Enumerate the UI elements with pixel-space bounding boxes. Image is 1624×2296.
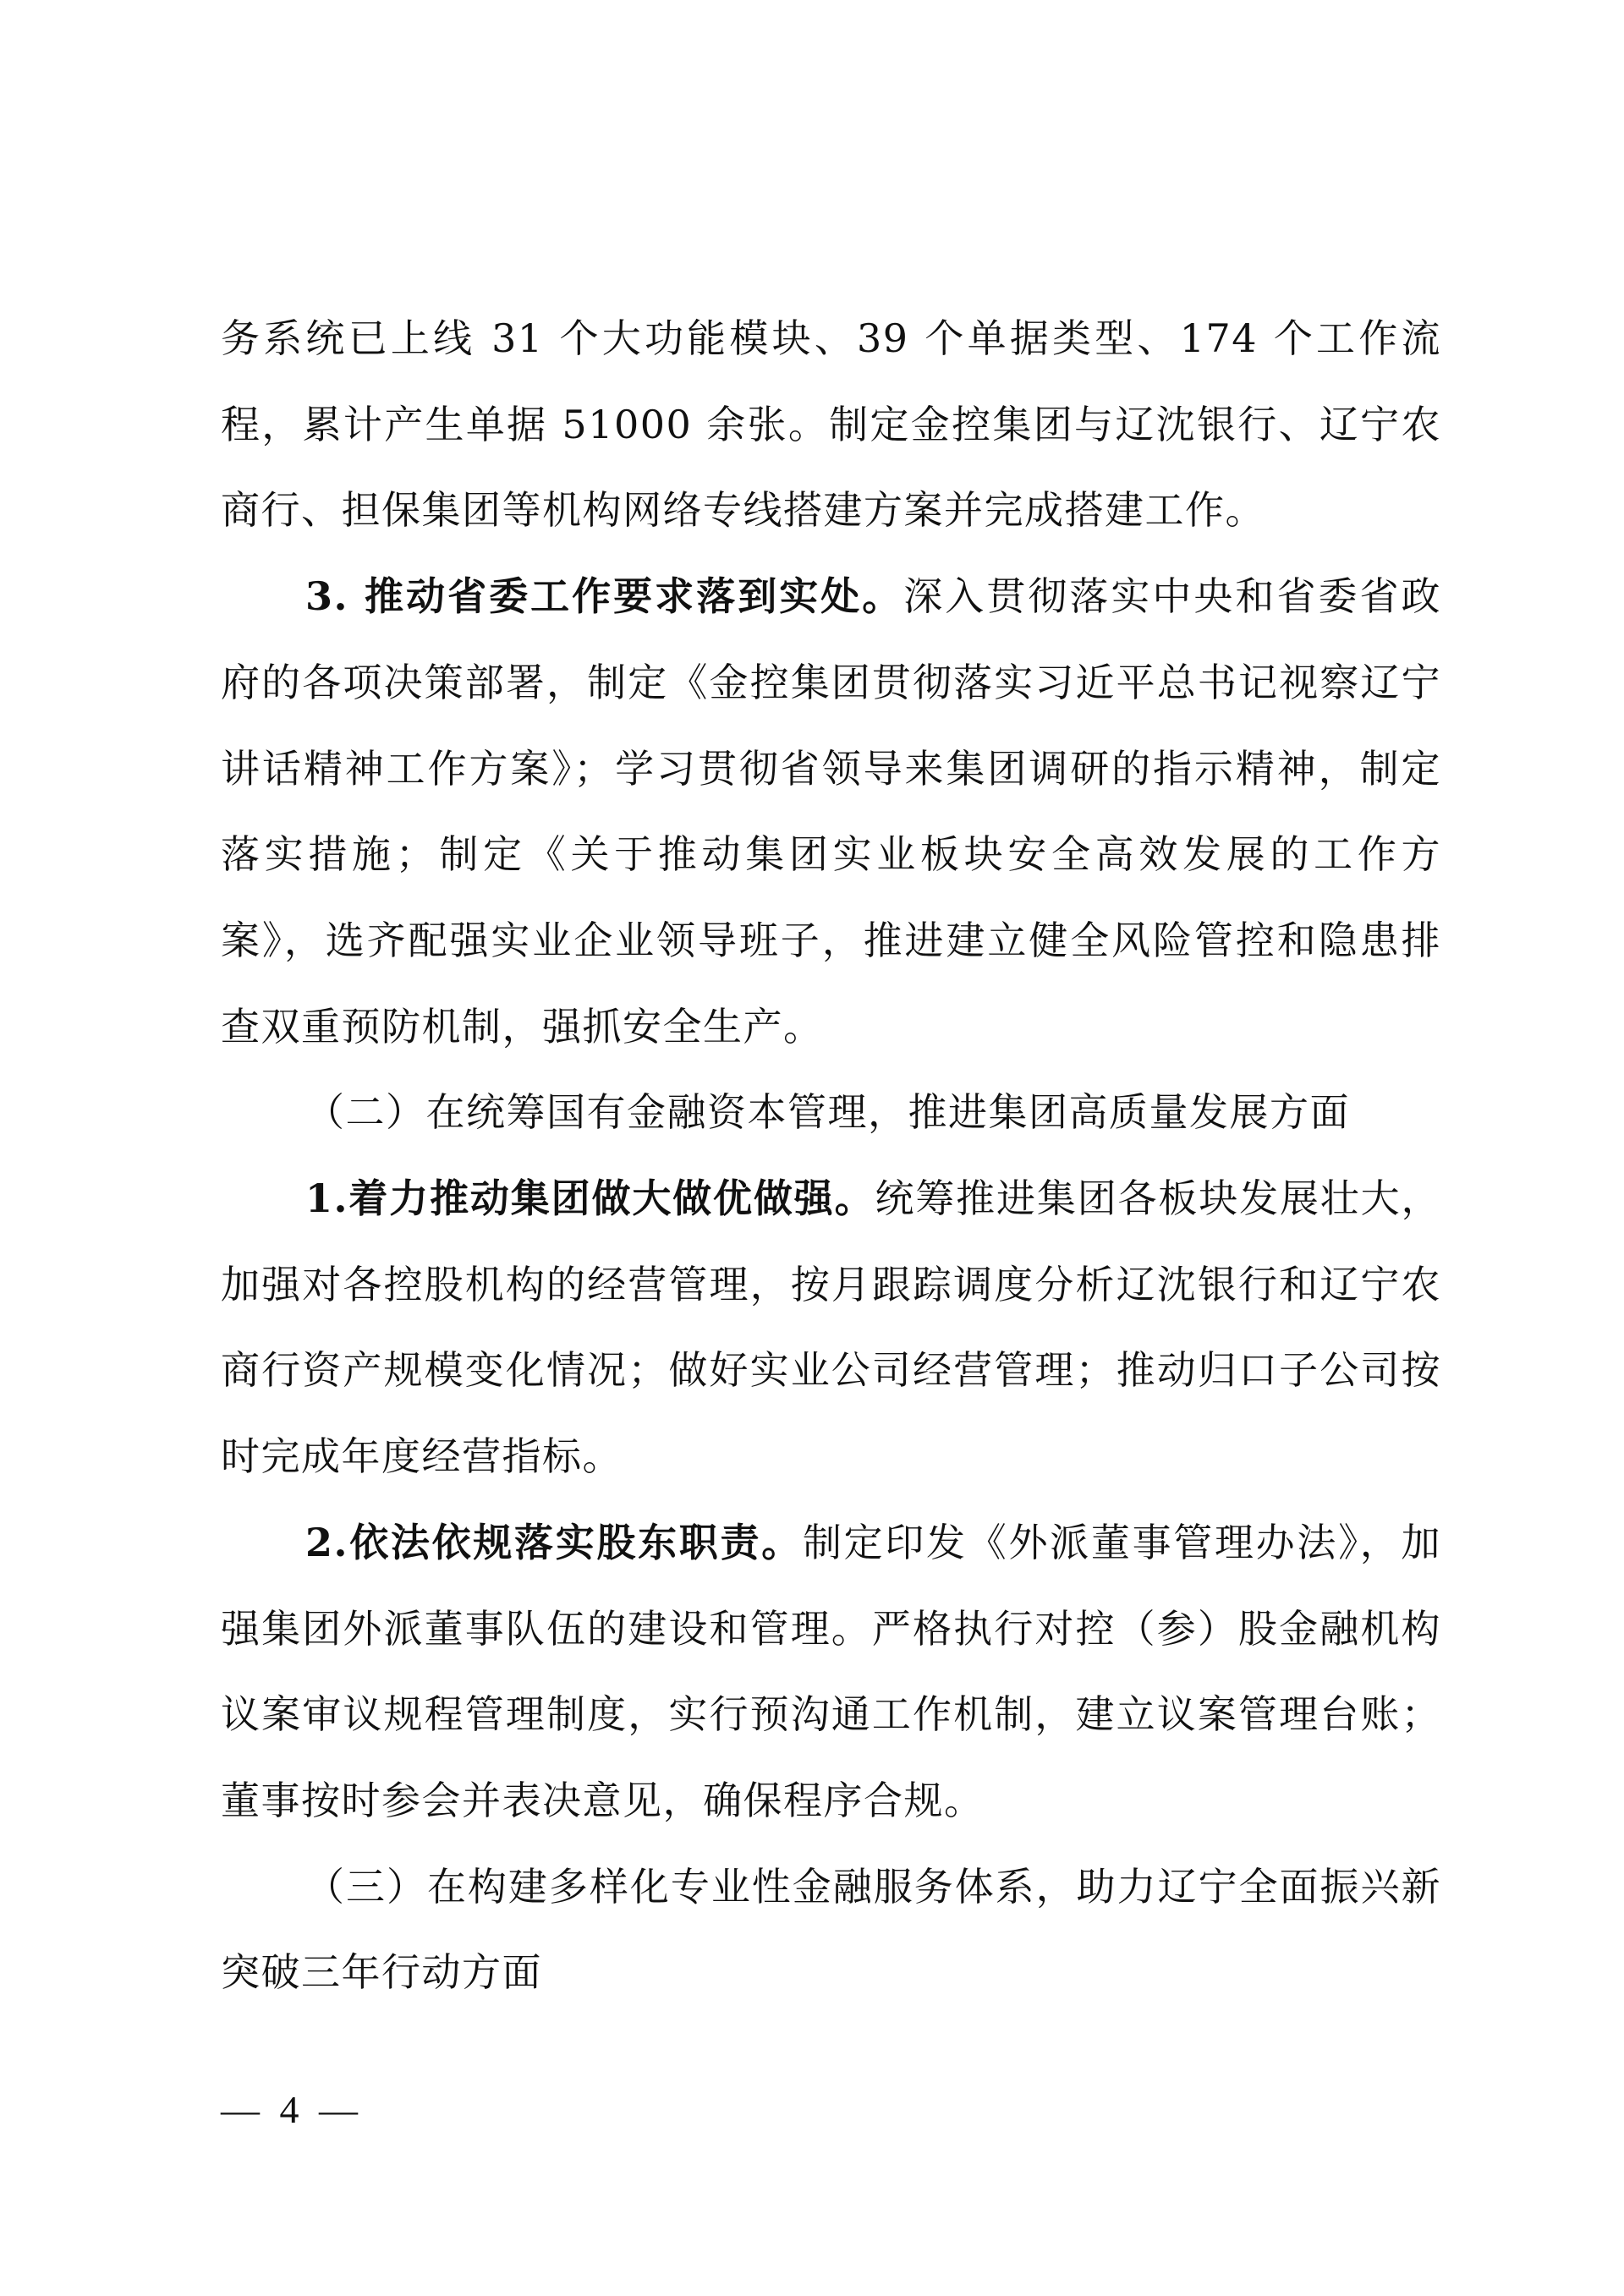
paragraph-lead: 2.依法依规落实股东职责。 [305,1520,803,1565]
paragraph-text: 务系统已上线 31 个大功能模块、39 个单据类型、174 个工作流程，累计产生… [221,315,1441,533]
paragraph-lead: 3. 推动省委工作要求落到实处。 [305,573,903,619]
paragraph-item-3: 3. 推动省委工作要求落到实处。深入贯彻落实中央和省委省政府的各项决策部署，制定… [221,554,1441,1070]
heading-text: （三）在构建多样化专业性金融服务体系，助力辽宁全面振兴新突破三年行动方面 [221,1864,1441,1996]
paragraph-text: 深入贯彻落实中央和省委省政府的各项决策部署，制定《金控集团贯彻落实习近平总书记视… [221,573,1441,1049]
section-heading-3: （三）在构建多样化专业性金融服务体系，助力辽宁全面振兴新突破三年行动方面 [221,1844,1441,2016]
paragraph-item-2: 2.依法依规落实股东职责。制定印发《外派董事管理办法》，加强集团外派董事队伍的建… [221,1500,1441,1844]
document-page: 务系统已上线 31 个大功能模块、39 个单据类型、174 个工作流程，累计产生… [0,0,1624,2296]
heading-text: （二）在统筹国有金融资本管理，推进集团高质量发展方面 [305,1089,1350,1135]
paragraph-lead: 1.着力推动集团做大做优做强。 [305,1175,875,1221]
document-body: 务系统已上线 31 个大功能模块、39 个单据类型、174 个工作流程，累计产生… [221,296,1441,2016]
page-number: — 4 — [221,2085,363,2135]
paragraph-continuation: 务系统已上线 31 个大功能模块、39 个单据类型、174 个工作流程，累计产生… [221,296,1441,554]
paragraph-item-1: 1.着力推动集团做大做优做强。统筹推进集团各板块发展壮大，加强对各控股机构的经营… [221,1156,1441,1500]
section-heading-2: （二）在统筹国有金融资本管理，推进集团高质量发展方面 [221,1070,1441,1156]
